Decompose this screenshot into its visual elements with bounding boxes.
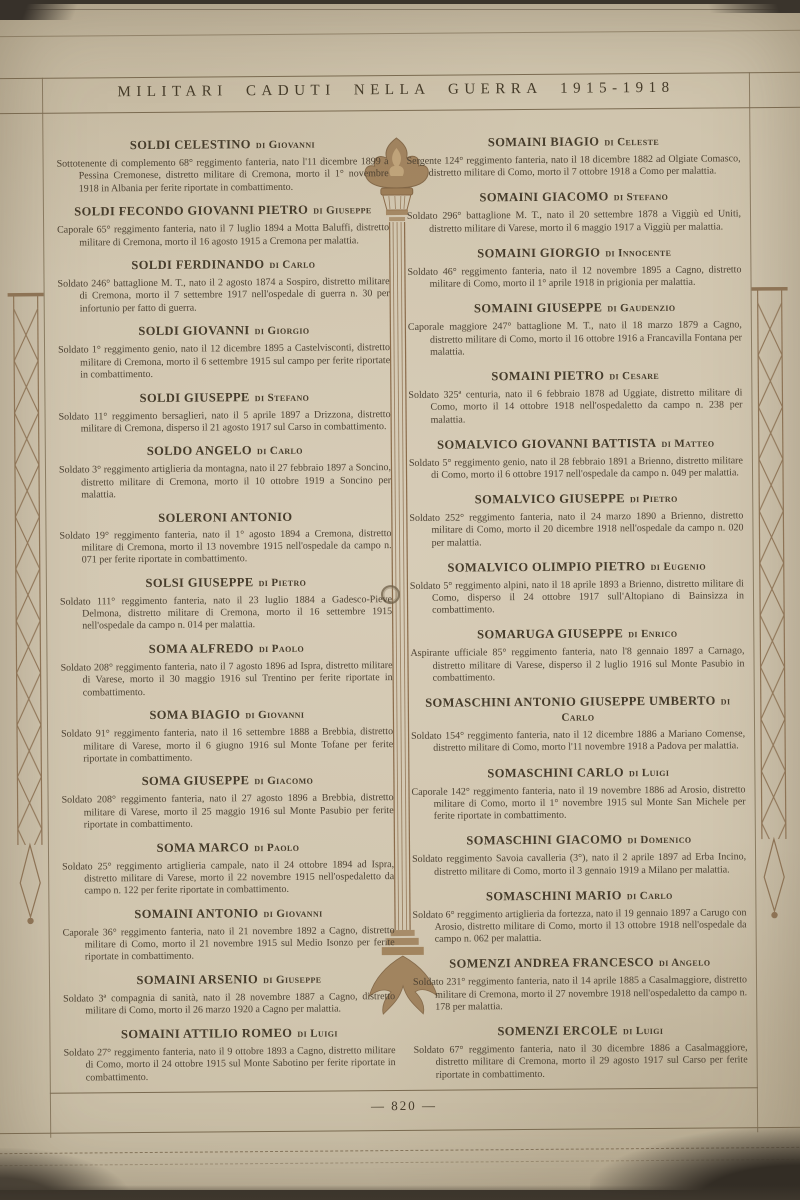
page-title: MILITARI CADUTI NELLA GUERRA 1915-1918 xyxy=(0,79,796,102)
entry-name: SOMAINI GIORGIO xyxy=(477,245,600,260)
entry-body: Soldato 46° reggimento fanteria, nato il… xyxy=(407,264,741,291)
entry-heading: SOLERONI ANTONIO xyxy=(59,509,391,526)
rule-title-top xyxy=(0,72,800,80)
entry-heading: SOMAINI BIAGIOdi Celeste xyxy=(406,133,740,151)
rule-footer-top xyxy=(50,1087,758,1094)
entry-patronymic: di Stefano xyxy=(614,191,669,203)
entry-heading: SOMAINI ARSENIOdi Giuseppe xyxy=(63,971,395,989)
casualty-entry: SOLSI GIUSEPPEdi Pietro Soldato 111° reg… xyxy=(60,574,392,633)
entry-body: Sottotenente di complemento 68° reggimen… xyxy=(57,156,389,195)
entry-name: SOMAINI BIAGIO xyxy=(488,134,600,149)
entry-body: Soldato 3° reggimento artiglieria da mon… xyxy=(59,462,391,501)
entry-body: Aspirante ufficiale 85° reggimento fante… xyxy=(410,646,744,686)
entry-name: SOMASCHINI MARIO xyxy=(486,888,622,903)
entry-body: Caporale 36° reggimento fanteria, nato i… xyxy=(63,925,395,964)
entry-body: Soldato 296° battaglione M. T., nato il … xyxy=(407,209,741,236)
entry-heading: SOMA ALFREDOdi Paolo xyxy=(60,640,392,658)
entry-heading: SOLDI FERDINANDOdi Carlo xyxy=(57,256,389,274)
entry-patronymic: di Carlo xyxy=(257,445,303,457)
entry-name: SOMAINI ANTONIO xyxy=(134,906,258,921)
entry-patronymic: di Celeste xyxy=(604,136,659,148)
entry-body: Soldato 5° reggimento genio, nato il 28 … xyxy=(409,455,743,482)
entry-body: Caporale 65° reggimento fanteria, nato i… xyxy=(57,222,389,249)
entry-patronymic: di Luigi xyxy=(629,766,669,778)
entry-heading: SOMARUGA GIUSEPPEdi Enrico xyxy=(410,626,744,644)
entry-body: Caporale maggiore 247° battaglione M. T.… xyxy=(408,320,742,360)
entry-name: SOMARUGA GIUSEPPE xyxy=(477,627,623,642)
entry-body: Soldato 27° reggimento fanteria, nato il… xyxy=(64,1045,396,1084)
casualty-entry: SOMA MARCOdi Paolo Soldato 25° reggiment… xyxy=(62,839,394,898)
entry-patronymic: di Cesare xyxy=(609,370,659,382)
entry-name: SOMASCHINI CARLO xyxy=(487,765,624,780)
casualty-entry: SOMAINI GIACOMOdi Stefano Soldato 296° b… xyxy=(407,189,741,236)
entry-patronymic: di Pietro xyxy=(258,577,306,589)
entry-patronymic: di Giacomo xyxy=(254,775,313,787)
entry-patronymic: di Giuseppe xyxy=(313,204,371,216)
entry-patronymic: di Carlo xyxy=(269,259,315,271)
entry-patronymic: di Gaudenzio xyxy=(607,302,675,315)
entry-name: SOMENZI ERCOLE xyxy=(497,1023,618,1038)
entry-patronymic: di Matteo xyxy=(661,437,714,449)
casualty-entry: SOMAINI BIAGIOdi Celeste Sergente 124° r… xyxy=(406,133,740,180)
entry-patronymic: di Domenico xyxy=(627,834,691,847)
entry-body: Soldato 5° reggimento alpini, nato il 18… xyxy=(410,578,744,618)
casualty-entry: SOLDI FECONDO GIOVANNI PIETROdi Giuseppe… xyxy=(57,202,389,249)
entry-body: Soldato 91° reggimento fanteria, nato il… xyxy=(61,726,393,765)
entry-heading: SOMALVICO OLIMPIO PIETROdi Eugenio xyxy=(410,558,744,576)
entry-body: Soldato 252° reggimento fanteria, nato i… xyxy=(409,510,743,550)
entry-body: Soldato 3ª compagnia di sanità, nato il … xyxy=(63,991,395,1018)
entry-patronymic: di Luigi xyxy=(297,1027,337,1039)
entry-patronymic: di Innocente xyxy=(605,247,671,260)
rule-dashed-2 xyxy=(0,1159,800,1166)
entry-patronymic: di Enrico xyxy=(628,628,677,640)
printed-content: MILITARI CADUTI NELLA GUERRA 1915-1918 xyxy=(0,1,800,1193)
entry-patronymic: di Eugenio xyxy=(651,560,707,572)
entry-heading: SOMAINI GIACOMOdi Stefano xyxy=(407,189,741,207)
casualty-entry: SOMAINI GIUSEPPEdi Gaudenzio Caporale ma… xyxy=(408,300,742,360)
casualty-entry: SOMALVICO GIOVANNI BATTISTAdi Matteo Sol… xyxy=(409,435,743,482)
entry-heading: SOMAINI ANTONIOdi Giovanni xyxy=(62,905,394,923)
entry-heading: SOLDO ANGELOdi Carlo xyxy=(59,442,391,460)
casualty-entry: SOLDI GIUSEPPEdi Stefano Soldato 11° reg… xyxy=(58,389,390,436)
entry-body: Soldato 1° reggimento genio, nato il 12 … xyxy=(58,342,390,381)
right-margin-lattice-ornament-icon xyxy=(748,281,797,921)
entry-heading: SOLDI CELESTINOdi Giovanni xyxy=(56,136,388,154)
casualty-entry: SOMALVICO GIUSEPPEdi Pietro Soldato 252°… xyxy=(409,490,743,550)
entry-name: SOLDI CELESTINO xyxy=(130,137,251,152)
entry-name: SOLDI FERDINANDO xyxy=(131,257,264,272)
casualty-entry: SOMAINI ATTILIO ROMEOdi Luigi Soldato 27… xyxy=(63,1025,395,1084)
entry-body: Soldato 111° reggimento fanteria, nato i… xyxy=(60,594,392,633)
entry-name: SOMA GIUSEPPE xyxy=(142,774,250,789)
entry-heading: SOMENZI ANDREA FRANCESCOdi Angelo xyxy=(413,955,747,973)
entry-patronymic: di Angelo xyxy=(659,957,711,969)
casualty-entry: SOMASCHINI GIACOMOdi Domenico Soldato re… xyxy=(412,832,746,879)
scanned-page-paper: MILITARI CADUTI NELLA GUERRA 1915-1918 xyxy=(0,4,800,1190)
entry-heading: SOLDI GIOVANNIdi Giorgio xyxy=(58,322,390,340)
entry-patronymic: di Giovanni xyxy=(245,709,304,721)
entry-body: Sergente 124° reggimento fanteria, nato … xyxy=(407,153,741,180)
casualty-entry: SOMA BIAGIOdi Giovanni Soldato 91° reggi… xyxy=(61,706,393,765)
entry-patronymic: di Carlo xyxy=(627,890,673,902)
column-left: SOLDI CELESTINOdi Giovanni Sottotenente … xyxy=(56,136,395,1085)
entry-patronymic: di Giorgio xyxy=(255,325,310,337)
entry-body: Soldato 231° reggimento fanteria, nato i… xyxy=(413,975,747,1015)
entry-name: SOMALVICO GIUSEPPE xyxy=(475,491,625,506)
entry-name: SOMAINI PIETRO xyxy=(491,368,604,383)
casualty-entry: SOLDI GIOVANNIdi Giorgio Soldato 1° regg… xyxy=(58,322,390,381)
entry-heading: SOMASCHINI ANTONIO GIUSEPPE UMBERTOdi Ca… xyxy=(411,693,745,726)
entry-name: SOMAINI ARSENIO xyxy=(136,972,258,987)
entry-patronymic: di Giuseppe xyxy=(263,974,321,986)
entry-patronymic: di Luigi xyxy=(623,1025,663,1037)
entry-name: SOMAINI ATTILIO ROMEO xyxy=(121,1026,292,1041)
entry-heading: SOMALVICO GIOVANNI BATTISTAdi Matteo xyxy=(409,435,743,453)
entry-name: SOMA BIAGIO xyxy=(149,707,240,722)
entry-heading: SOLDI GIUSEPPEdi Stefano xyxy=(58,389,390,407)
casualty-entry: SOMA ALFREDOdi Paolo Soldato 208° reggim… xyxy=(60,640,392,699)
entry-heading: SOMASCHINI GIACOMOdi Domenico xyxy=(412,832,746,850)
entry-heading: SOLSI GIUSEPPEdi Pietro xyxy=(60,574,392,592)
entry-heading: SOMALVICO GIUSEPPEdi Pietro xyxy=(409,490,743,508)
entry-body: Soldato 25° reggimento artiglieria campa… xyxy=(62,859,394,898)
entry-name: SOMA MARCO xyxy=(157,840,250,855)
casualty-entry: SOMARUGA GIUSEPPEdi Enrico Aspirante uff… xyxy=(410,626,744,686)
entry-name: SOMAINI GIACOMO xyxy=(479,190,608,205)
entry-name: SOMAINI GIUSEPPE xyxy=(474,301,602,316)
entry-name: SOMALVICO OLIMPIO PIETRO xyxy=(447,559,645,575)
entry-patronymic: di Giovanni xyxy=(263,907,322,919)
casualty-entry: SOMENZI ANDREA FRANCESCOdi Angelo Soldat… xyxy=(413,955,747,1015)
entry-heading: SOMAINI GIORGIOdi Innocente xyxy=(407,244,741,262)
casualty-entry: SOMALVICO OLIMPIO PIETROdi Eugenio Solda… xyxy=(410,558,744,618)
entry-body: Soldato 19° reggimento fanteria, nato il… xyxy=(59,528,391,567)
entry-body: Soldato 154° reggimento fanteria, nato i… xyxy=(411,728,745,755)
entry-heading: SOMA MARCOdi Paolo xyxy=(62,839,394,857)
entry-heading: SOMASCHINI MARIOdi Carlo xyxy=(412,887,746,905)
entry-name: SOMASCHINI GIACOMO xyxy=(466,833,622,848)
entry-patronymic: di Stefano xyxy=(255,391,310,403)
rule-title-bottom xyxy=(0,107,800,115)
entry-heading: SOLDI FECONDO GIOVANNI PIETROdi Giuseppe xyxy=(57,202,389,220)
entry-name: SOLERONI ANTONIO xyxy=(158,509,292,524)
casualty-entry: SOMAINI ANTONIOdi Giovanni Caporale 36° … xyxy=(62,905,394,964)
entry-patronymic: di Paolo xyxy=(259,643,304,655)
entry-name: SOMASCHINI ANTONIO GIUSEPPE UMBERTO xyxy=(425,694,716,710)
rule-top-outer xyxy=(0,30,800,37)
entry-body: Soldato 11° reggimento bersaglieri, nato… xyxy=(59,409,391,436)
entry-body: Soldato 208° reggimento fanteria, nato i… xyxy=(61,660,393,699)
casualty-entry: SOMAINI GIORGIOdi Innocente Soldato 46° … xyxy=(407,244,741,291)
casualty-entry: SOLDO ANGELOdi Carlo Soldato 3° reggimen… xyxy=(59,442,391,501)
entry-patronymic: di Pietro xyxy=(630,493,678,505)
column-right: SOMAINI BIAGIOdi Celeste Sergente 124° r… xyxy=(406,133,747,1082)
entry-heading: SOMAINI GIUSEPPEdi Gaudenzio xyxy=(408,300,742,318)
casualty-entry: SOMAINI PIETROdi Cesare Soldato 325ª cen… xyxy=(408,367,742,427)
entry-patronymic: di Paolo xyxy=(254,841,299,853)
entry-name: SOMENZI ANDREA FRANCESCO xyxy=(449,955,654,971)
entry-name: SOMALVICO GIOVANNI BATTISTA xyxy=(437,436,657,452)
left-margin-lattice-ornament-icon xyxy=(4,287,53,927)
entry-body: Soldato 6° reggimento artiglieria da for… xyxy=(412,907,746,947)
entry-body: Soldato 325ª centuria, nato il 6 febbrai… xyxy=(408,387,742,427)
entry-name: SOLDI GIUSEPPE xyxy=(140,390,250,405)
entry-body: Soldato reggimento Savoia cavalleria (3°… xyxy=(412,852,746,879)
casualty-entry: SOMASCHINI ANTONIO GIUSEPPE UMBERTOdi Ca… xyxy=(411,693,745,755)
casualty-entry: SOLDI CELESTINOdi Giovanni Sottotenente … xyxy=(56,136,388,195)
casualty-entry: SOMA GIUSEPPEdi Giacomo Soldato 208° reg… xyxy=(61,772,393,831)
casualty-entry: SOLDI FERDINANDOdi Carlo Soldato 246° ba… xyxy=(57,256,389,315)
casualty-entry: SOMASCHINI MARIOdi Carlo Soldato 6° regg… xyxy=(412,887,746,947)
entry-heading: SOMAINI PIETROdi Cesare xyxy=(408,367,742,385)
entry-heading: SOMASCHINI CARLOdi Luigi xyxy=(411,764,745,782)
entry-heading: SOMA BIAGIOdi Giovanni xyxy=(61,706,393,724)
entry-name: SOLDI GIOVANNI xyxy=(138,323,249,338)
entry-body: Caporale 142° reggimento fanteria, nato … xyxy=(411,784,745,824)
entry-name: SOLDI FECONDO GIOVANNI PIETRO xyxy=(74,203,308,219)
entry-name: SOLDO ANGELO xyxy=(147,444,252,459)
rule-footer-bottom xyxy=(0,1127,800,1135)
casualty-entry: SOLERONI ANTONIO Soldato 19° reggimento … xyxy=(59,509,391,567)
entry-name: SOMA ALFREDO xyxy=(149,641,254,656)
entry-heading: SOMENZI ERCOLEdi Luigi xyxy=(413,1022,747,1040)
casualty-entry: SOMAINI ARSENIOdi Giuseppe Soldato 3ª co… xyxy=(63,971,395,1018)
rule-dashed-1 xyxy=(0,1147,800,1154)
entry-heading: SOMA GIUSEPPEdi Giacomo xyxy=(61,772,393,790)
entry-body: Soldato 67° reggimento fanteria, nato il… xyxy=(414,1042,748,1082)
entry-heading: SOMAINI ATTILIO ROMEOdi Luigi xyxy=(63,1025,395,1043)
entry-name: SOLSI GIUSEPPE xyxy=(145,575,253,590)
casualty-entry: SOMENZI ERCOLEdi Luigi Soldato 67° reggi… xyxy=(413,1022,747,1082)
casualty-entry: SOMASCHINI CARLOdi Luigi Caporale 142° r… xyxy=(411,764,745,824)
entry-patronymic: di Giovanni xyxy=(256,139,315,151)
page-number: — 820 — xyxy=(4,1095,800,1117)
entry-body: Soldato 208° reggimento fanteria, nato i… xyxy=(62,792,394,831)
entry-body: Soldato 246° battaglione M. T., nato il … xyxy=(57,276,389,315)
